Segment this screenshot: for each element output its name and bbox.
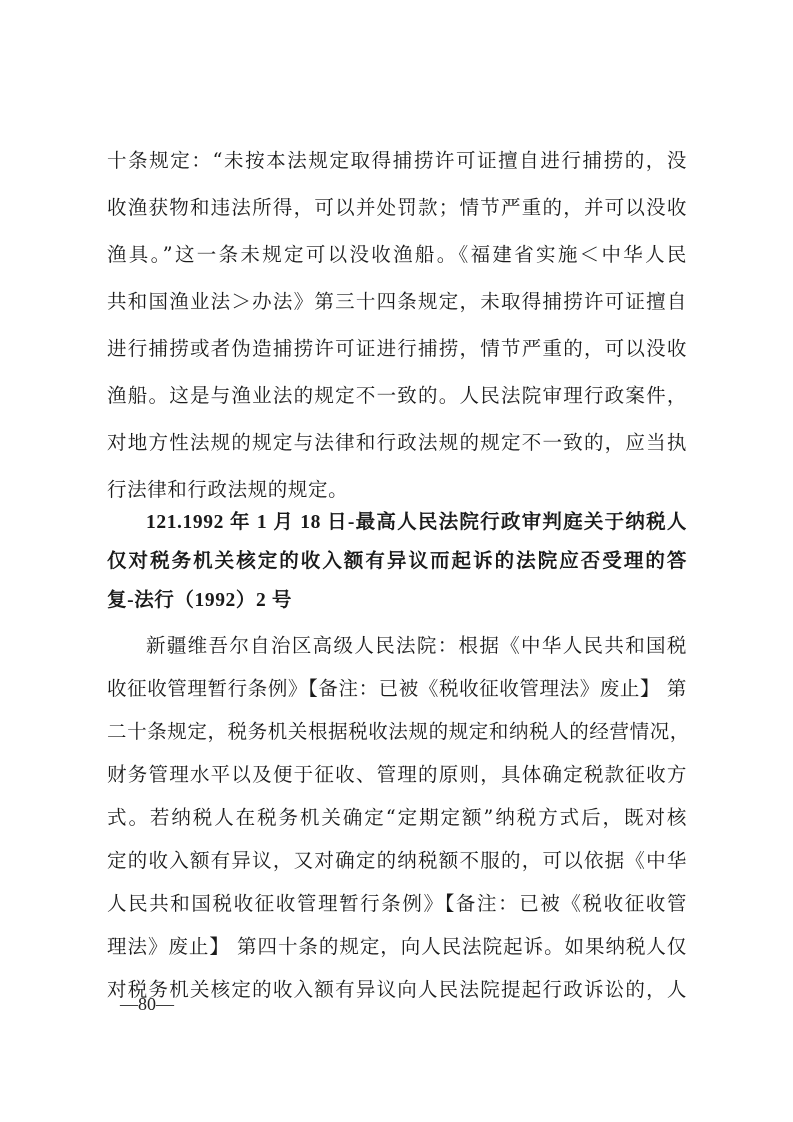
text-line: 渔船。这是与渔业法的规定不一致的。人民法院审理行政案件， bbox=[107, 381, 687, 411]
text-line: 理法》废止】 第四十条的规定，向人民法院起诉。如果纳税人仅 bbox=[107, 932, 687, 962]
text-line: 人民共和国税收征收管理暂行条例》【备注：已被《税收征收管 bbox=[107, 889, 687, 919]
section-heading-line: 复-法行（1992）2 号 bbox=[107, 586, 687, 616]
page-number: —80— bbox=[120, 994, 174, 1015]
document-page: 十条规定：“未按本法规定取得捕捞许可证擅自进行捕捞的，没 收渔获物和违法所得，可… bbox=[0, 0, 793, 1122]
text-line: 式。若纳税人在税务机关确定“定期定额”纳税方式后，既对核 bbox=[107, 803, 687, 833]
text-line: 财务管理水平以及便于征收、管理的原则，具体确定税款征收方 bbox=[107, 760, 687, 790]
text-line: 对税务机关核定的收入额有异议向人民法院提起行政诉讼的，人 bbox=[107, 975, 687, 1005]
text-line: 渔具。”这一条未规定可以没收渔船。《福建省实施＜中华人民 bbox=[107, 240, 687, 270]
text-line: 新疆维吾尔自治区高级人民法院：根据《中华人民共和国税 bbox=[146, 631, 687, 661]
text-line: 定的收入额有异议，又对确定的纳税额不服的，可以依据《中华 bbox=[107, 846, 687, 876]
section-heading-line: 121.1992 年 1 月 18 日-最高人民法院行政审判庭关于纳税人 bbox=[146, 508, 687, 538]
section-heading-line: 仅对税务机关核定的收入额有异议而起诉的法院应否受理的答 bbox=[107, 547, 687, 577]
text-line: 收渔获物和违法所得，可以并处罚款；情节严重的，并可以没收 bbox=[107, 193, 687, 223]
text-line: 行法律和行政法规的规定。 bbox=[107, 475, 687, 505]
text-line: 共和国渔业法＞办法》第三十四条规定，未取得捕捞许可证擅自 bbox=[107, 287, 687, 317]
text-line: 收征收管理暂行条例》【备注：已被《税收征收管理法》废止】 第 bbox=[107, 674, 687, 704]
text-line: 二十条规定，税务机关根据税收法规的规定和纳税人的经营情况， bbox=[107, 717, 687, 747]
text-line: 进行捕捞或者伪造捕捞许可证进行捕捞，情节严重的，可以没收 bbox=[107, 334, 687, 364]
text-line: 十条规定：“未按本法规定取得捕捞许可证擅自进行捕捞的，没 bbox=[107, 146, 687, 176]
text-line: 对地方性法规的规定与法律和行政法规的规定不一致的，应当执 bbox=[107, 428, 687, 458]
